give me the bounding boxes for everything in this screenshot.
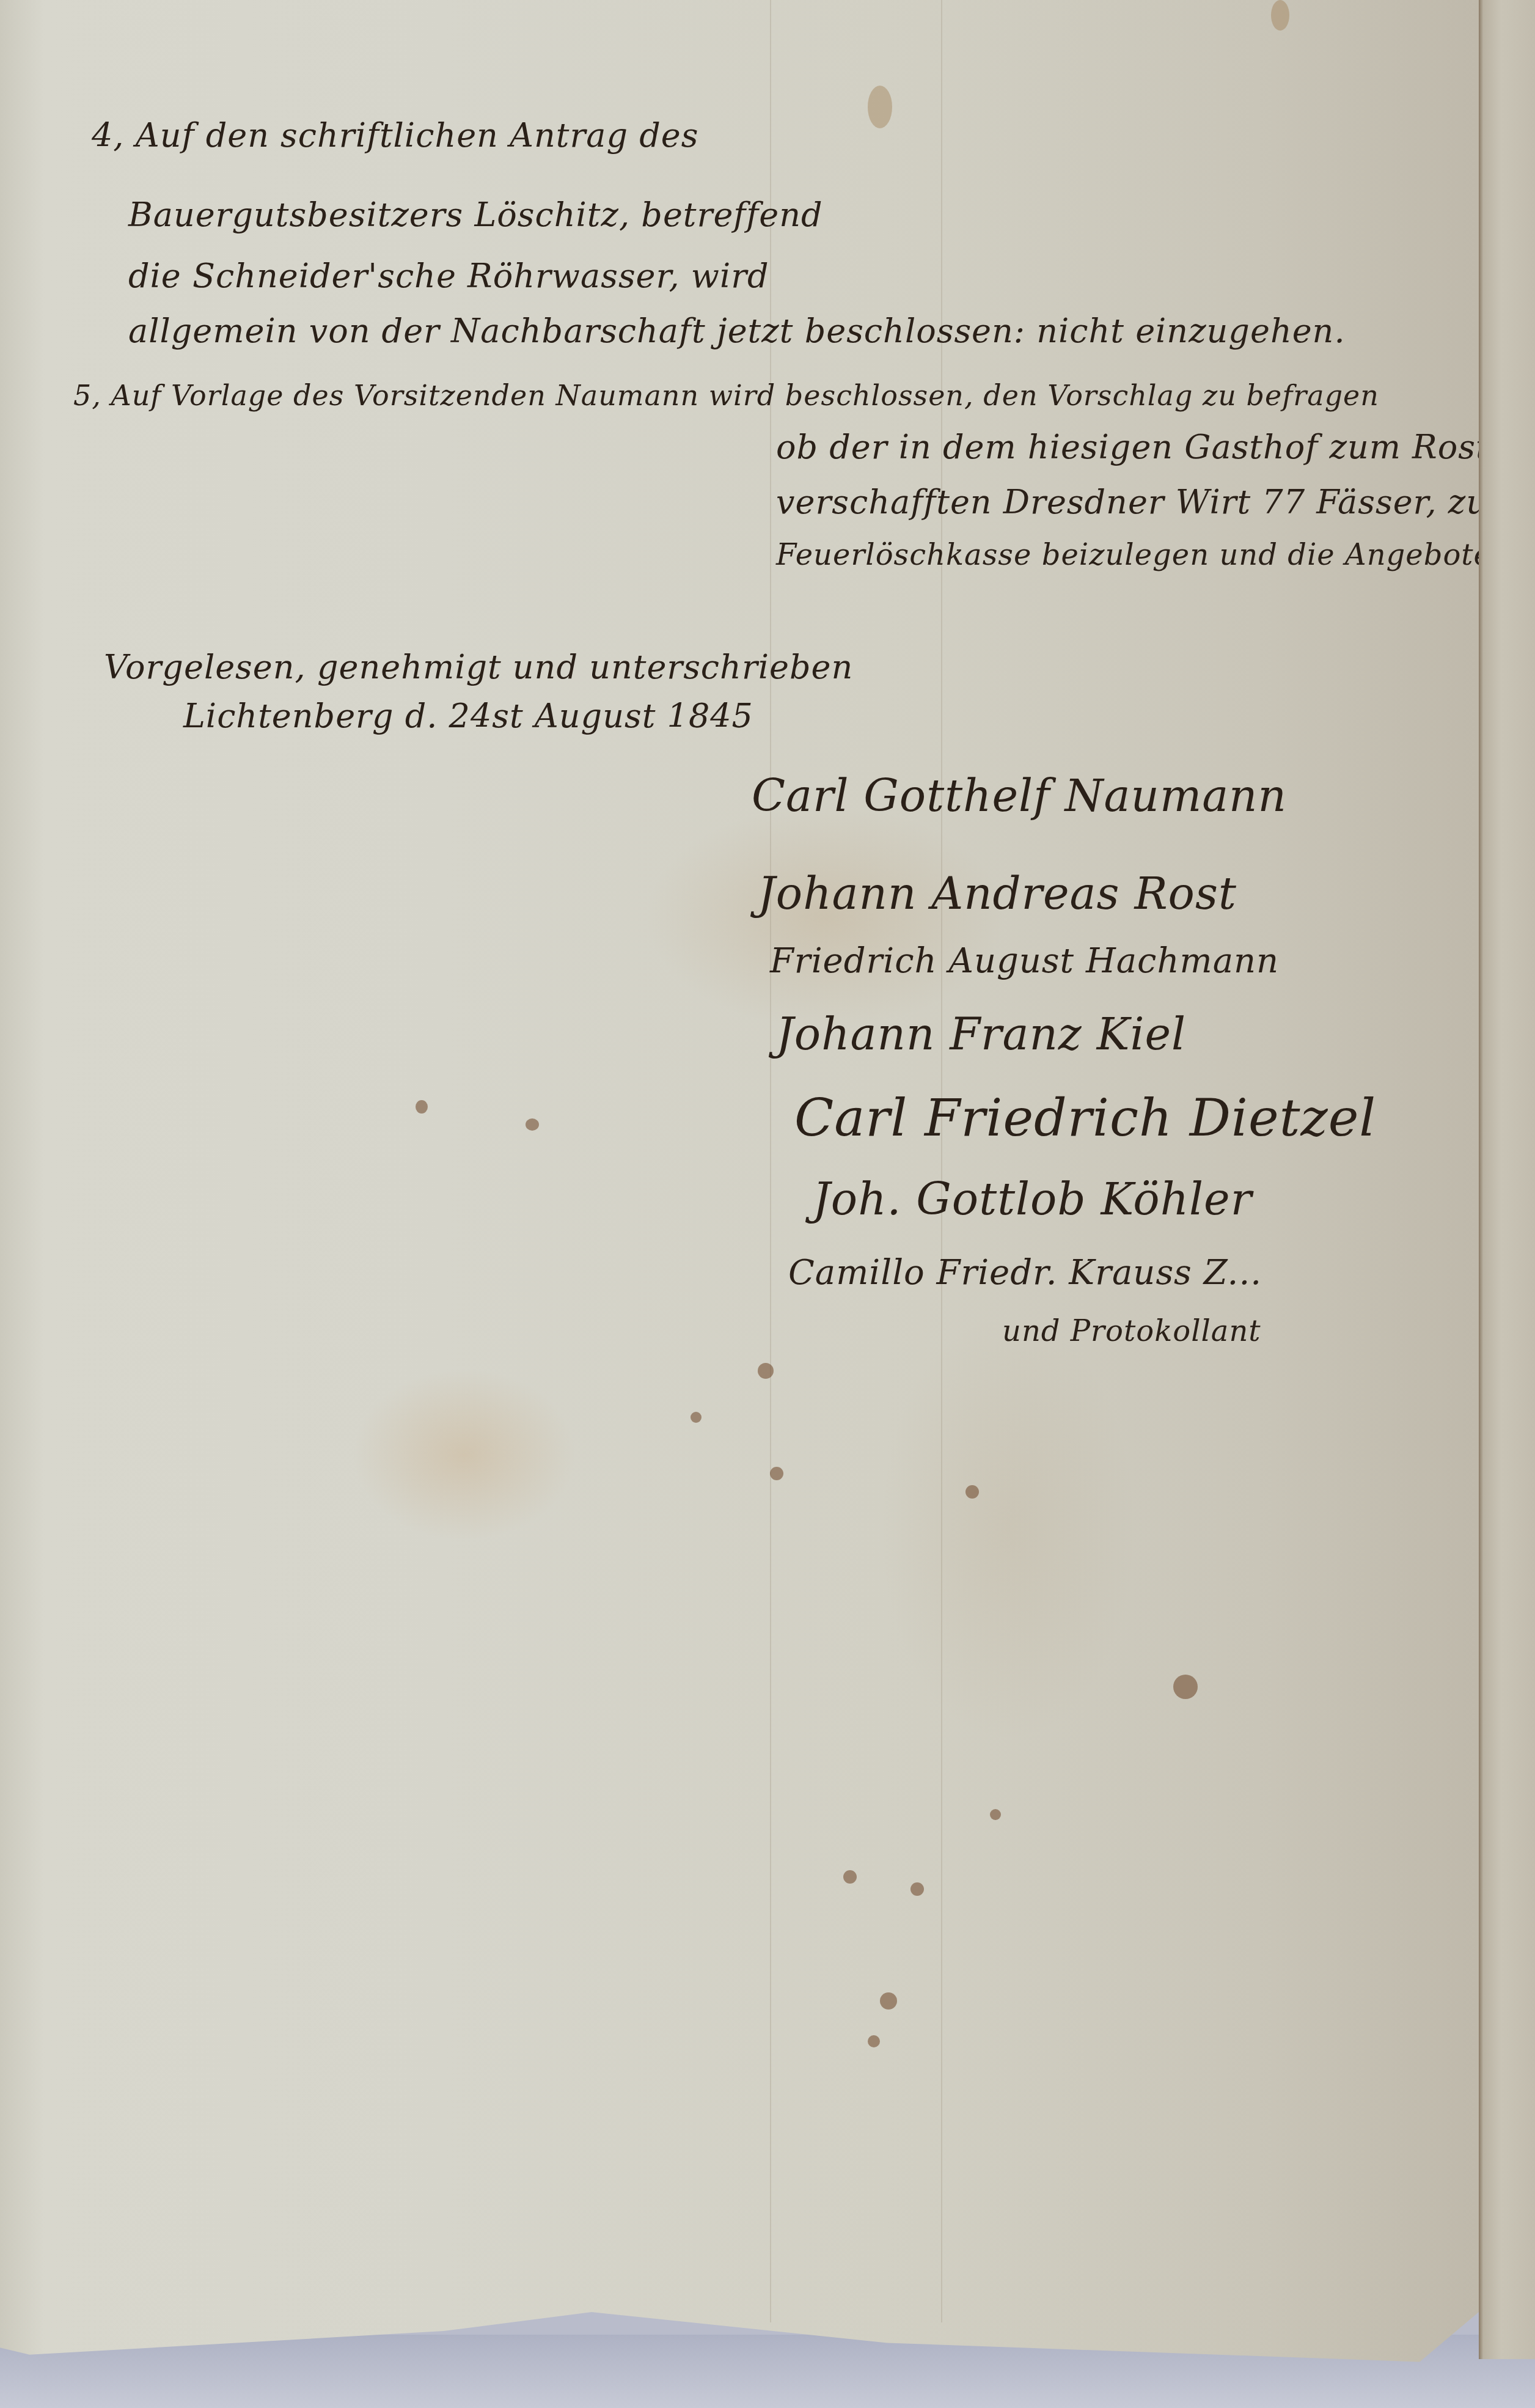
item-5-line-4: Feuerlöschkasse beizulegen und die Angeb… — [776, 538, 1535, 572]
ink-spot — [843, 1870, 857, 1884]
closing-date-line: Lichtenberg d. 24st August 1845 — [183, 697, 753, 735]
signature: Johann Andreas Rost — [758, 868, 1237, 919]
signature: Friedrich August Hachmann — [770, 941, 1279, 981]
ink-spot — [758, 1363, 774, 1379]
item-4-line-3: die Schneider'sche Röhrwasser, wird — [128, 257, 769, 295]
document-page: 4, Auf den schriftlichen Antrag des Baue… — [0, 0, 1479, 2371]
ink-spot — [416, 1100, 428, 1114]
ink-spot — [770, 1467, 783, 1480]
signature: Carl Friedrich Dietzel — [794, 1088, 1376, 1148]
ink-spot — [868, 2035, 880, 2047]
ink-spot — [1173, 1675, 1198, 1699]
item-4-line-4: allgemein von der Nachbarschaft jetzt be… — [128, 312, 1346, 350]
ink-spot — [965, 1485, 979, 1499]
ink-spot — [990, 1809, 1001, 1820]
item-4-line-1: Auf den schriftlichen Antrag des — [136, 116, 699, 155]
paper-stain — [868, 86, 892, 128]
signature: Joh. Gottlob Köhler — [813, 1173, 1252, 1225]
signature: Carl Gotthelf Naumann — [752, 770, 1287, 821]
ink-spot — [526, 1118, 539, 1131]
item-number: 5, — [73, 379, 101, 412]
signature: Camillo Friedr. Krauss Z... — [788, 1253, 1262, 1293]
signature: Johann Franz Kiel — [776, 1008, 1186, 1060]
ink-spot — [691, 1412, 702, 1423]
adjacent-page-edge — [1479, 0, 1535, 2359]
item-4-line-2: Bauergutsbesitzers Löschitz, betreffend — [128, 196, 823, 234]
item-number: 4, — [92, 116, 125, 155]
item-5-line-2: ob der in dem hiesigen Gasthof zum Rost — [776, 428, 1490, 466]
closing-line-1: Vorgelesen, genehmigt und unterschrieben — [104, 648, 853, 686]
item-5-line-1: Auf Vorlage des Vorsitzenden Naumann wir… — [111, 379, 1379, 412]
ink-spot — [880, 1992, 897, 2010]
signature-role: und Protokollant — [1002, 1314, 1261, 1348]
item-5-line-3: verschafften Dresdner Wirt 77 Fässer, zu… — [776, 483, 1504, 521]
ink-spot — [910, 1882, 924, 1896]
paper-stain — [1271, 0, 1289, 31]
